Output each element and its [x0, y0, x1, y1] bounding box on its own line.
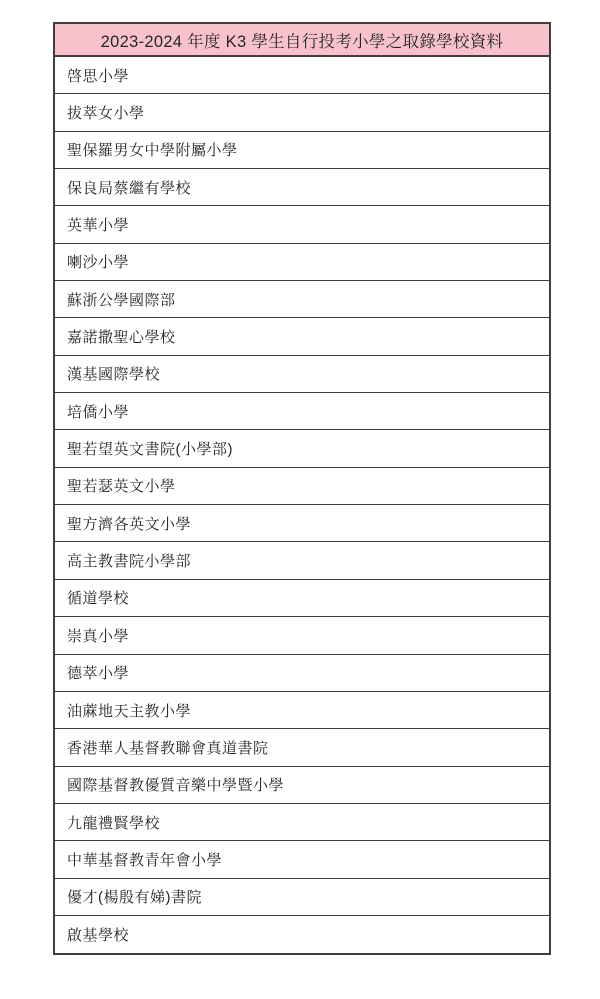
table-row: 培僑小學	[55, 393, 549, 430]
table-row: 崇真小學	[55, 617, 549, 654]
table-row: 啟基學校	[55, 916, 549, 953]
table-row: 循道學校	[55, 580, 549, 617]
table-row: 九龍禮賢學校	[55, 804, 549, 841]
table-row: 中華基督教青年會小學	[55, 841, 549, 878]
table-row: 拔萃女小學	[55, 94, 549, 131]
table-row: 啓思小學	[55, 57, 549, 94]
table-row: 聖保羅男女中學附屬小學	[55, 132, 549, 169]
table-row: 高主教書院小學部	[55, 542, 549, 579]
table-row: 蘇浙公學國際部	[55, 281, 549, 318]
table-title: 2023-2024 年度 K3 學生自行投考小學之取錄學校資料	[55, 24, 549, 57]
admission-schools-table: 2023-2024 年度 K3 學生自行投考小學之取錄學校資料 啓思小學拔萃女小…	[53, 22, 551, 955]
table-row: 聖若望英文書院(小學部)	[55, 430, 549, 467]
table-row: 漢基國際學校	[55, 356, 549, 393]
table-row: 優才(楊殷有娣)書院	[55, 879, 549, 916]
table-row: 喇沙小學	[55, 244, 549, 281]
table-row: 聖方濟各英文小學	[55, 505, 549, 542]
page: 2023-2024 年度 K3 學生自行投考小學之取錄學校資料 啓思小學拔萃女小…	[0, 0, 600, 999]
table-row: 國際基督教優質音樂中學暨小學	[55, 767, 549, 804]
table-row: 德萃小學	[55, 655, 549, 692]
table-row: 保良局蔡繼有學校	[55, 169, 549, 206]
table-row: 嘉諾撒聖心學校	[55, 318, 549, 355]
table-row: 油蔴地天主教小學	[55, 692, 549, 729]
table-body: 啓思小學拔萃女小學聖保羅男女中學附屬小學保良局蔡繼有學校英華小學喇沙小學蘇浙公學…	[55, 57, 549, 953]
table-row: 聖若瑟英文小學	[55, 468, 549, 505]
table-row: 英華小學	[55, 206, 549, 243]
table-row: 香港華人基督教聯會真道書院	[55, 729, 549, 766]
